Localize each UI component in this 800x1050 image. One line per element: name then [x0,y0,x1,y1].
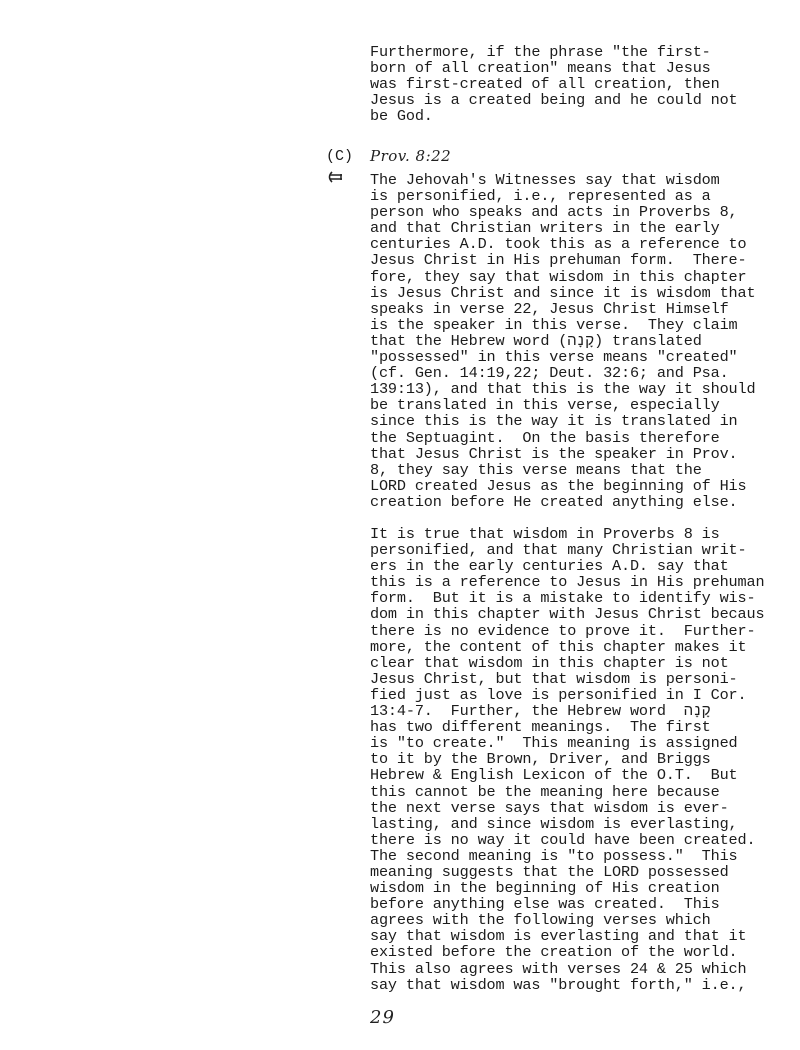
text-line: ers in the early centuries A.D. say that [370,558,764,574]
text-line: form. But it is a mistake to identify wi… [370,590,764,606]
text-line: dom in this chapter with Jesus Christ be… [370,606,764,622]
text-line: there is no way it could have been creat… [370,832,764,848]
text-line: is the speaker in this verse. They claim [370,317,755,333]
text-line: fied just as love is personified in I Co… [370,687,764,703]
text-line: existed before the creation of the world… [370,944,764,960]
text-line: LORD created Jesus as the beginning of H… [370,478,755,494]
paragraph-rebuttal: It is true that wisdom in Proverbs 8 isp… [370,526,764,993]
text-line: "possessed" in this verse means "created… [370,349,755,365]
text-line: this is a reference to Jesus in His preh… [370,574,764,590]
text-line: The second meaning is "to possess." This [370,848,764,864]
text-line: Jesus Christ, but that wisdom is personi… [370,671,764,687]
text-line: meaning suggests that the LORD possessed [370,864,764,880]
text-line: creation before He created anything else… [370,494,755,510]
text-line: born of all creation" means that Jesus [370,60,738,76]
section-label: (C) [326,148,353,165]
text-line: 13:4-7. Further, the Hebrew word קָנָה [370,703,764,719]
text-line: Hebrew & English Lexicon of the O.T. But [370,767,764,783]
text-line: there is no evidence to prove it. Furthe… [370,623,764,639]
text-line: has two different meanings. The first [370,719,764,735]
text-line: agrees with the following verses which [370,912,764,928]
text-line: is personified, i.e., represented as a [370,188,755,204]
text-line: (cf. Gen. 14:19,22; Deut. 32:6; and Psa. [370,365,755,381]
document-page: Furthermore, if the phrase "the first-bo… [0,0,800,1050]
text-line: the Septuagint. On the basis therefore [370,430,755,446]
text-line: wisdom in the beginning of His creation [370,880,764,896]
text-line: It is true that wisdom in Proverbs 8 is [370,526,764,542]
text-line: say that wisdom was "brought forth," i.e… [370,977,764,993]
text-line: clear that wisdom in this chapter is not [370,655,764,671]
text-line: Jesus is a created being and he could no… [370,92,738,108]
text-line: that Jesus Christ is the speaker in Prov… [370,446,755,462]
text-line: personified, and that many Christian wri… [370,542,764,558]
handwritten-bracket-mark-icon [326,170,344,184]
text-line: centuries A.D. took this as a reference … [370,236,755,252]
text-line: 139:13), and that this is the way it sho… [370,381,755,397]
text-line: say that wisdom is everlasting and that … [370,928,764,944]
text-line: 8, they say this verse means that the [370,462,755,478]
text-line: speaks in verse 22, Jesus Christ Himself [370,301,755,317]
text-line: this cannot be the meaning here because [370,784,764,800]
paragraph-firstborn-argument: Furthermore, if the phrase "the first-bo… [370,44,738,124]
text-line: is "to create." This meaning is assigned [370,735,764,751]
text-line: more, the content of this chapter makes … [370,639,764,655]
text-line: The Jehovah's Witnesses say that wisdom [370,172,755,188]
text-line: lasting, and since wisdom is everlasting… [370,816,764,832]
text-line: is Jesus Christ and since it is wisdom t… [370,285,755,301]
text-line: be God. [370,108,738,124]
text-line: Furthermore, if the phrase "the first- [370,44,738,60]
text-line: person who speaks and acts in Proverbs 8… [370,204,755,220]
text-line: before anything else was created. This [370,896,764,912]
text-line: fore, they say that wisdom in this chapt… [370,269,755,285]
text-line: This also agrees with verses 24 & 25 whi… [370,961,764,977]
page-number: 29 [370,1007,395,1028]
paragraph-jehovahs-witnesses-claim: The Jehovah's Witnesses say that wisdomi… [370,172,755,510]
text-line: to it by the Brown, Driver, and Briggs [370,751,764,767]
handwritten-reference: Prov. 8:22 [370,147,451,165]
text-line: that the Hebrew word (קָנָה) translated [370,333,755,349]
text-line: be translated in this verse, especially [370,397,755,413]
text-line: and that Christian writers in the early [370,220,755,236]
text-line: the next verse says that wisdom is ever- [370,800,764,816]
text-line: Jesus Christ in His prehuman form. There… [370,252,755,268]
text-line: since this is the way it is translated i… [370,413,755,429]
text-line: was first-created of all creation, then [370,76,738,92]
